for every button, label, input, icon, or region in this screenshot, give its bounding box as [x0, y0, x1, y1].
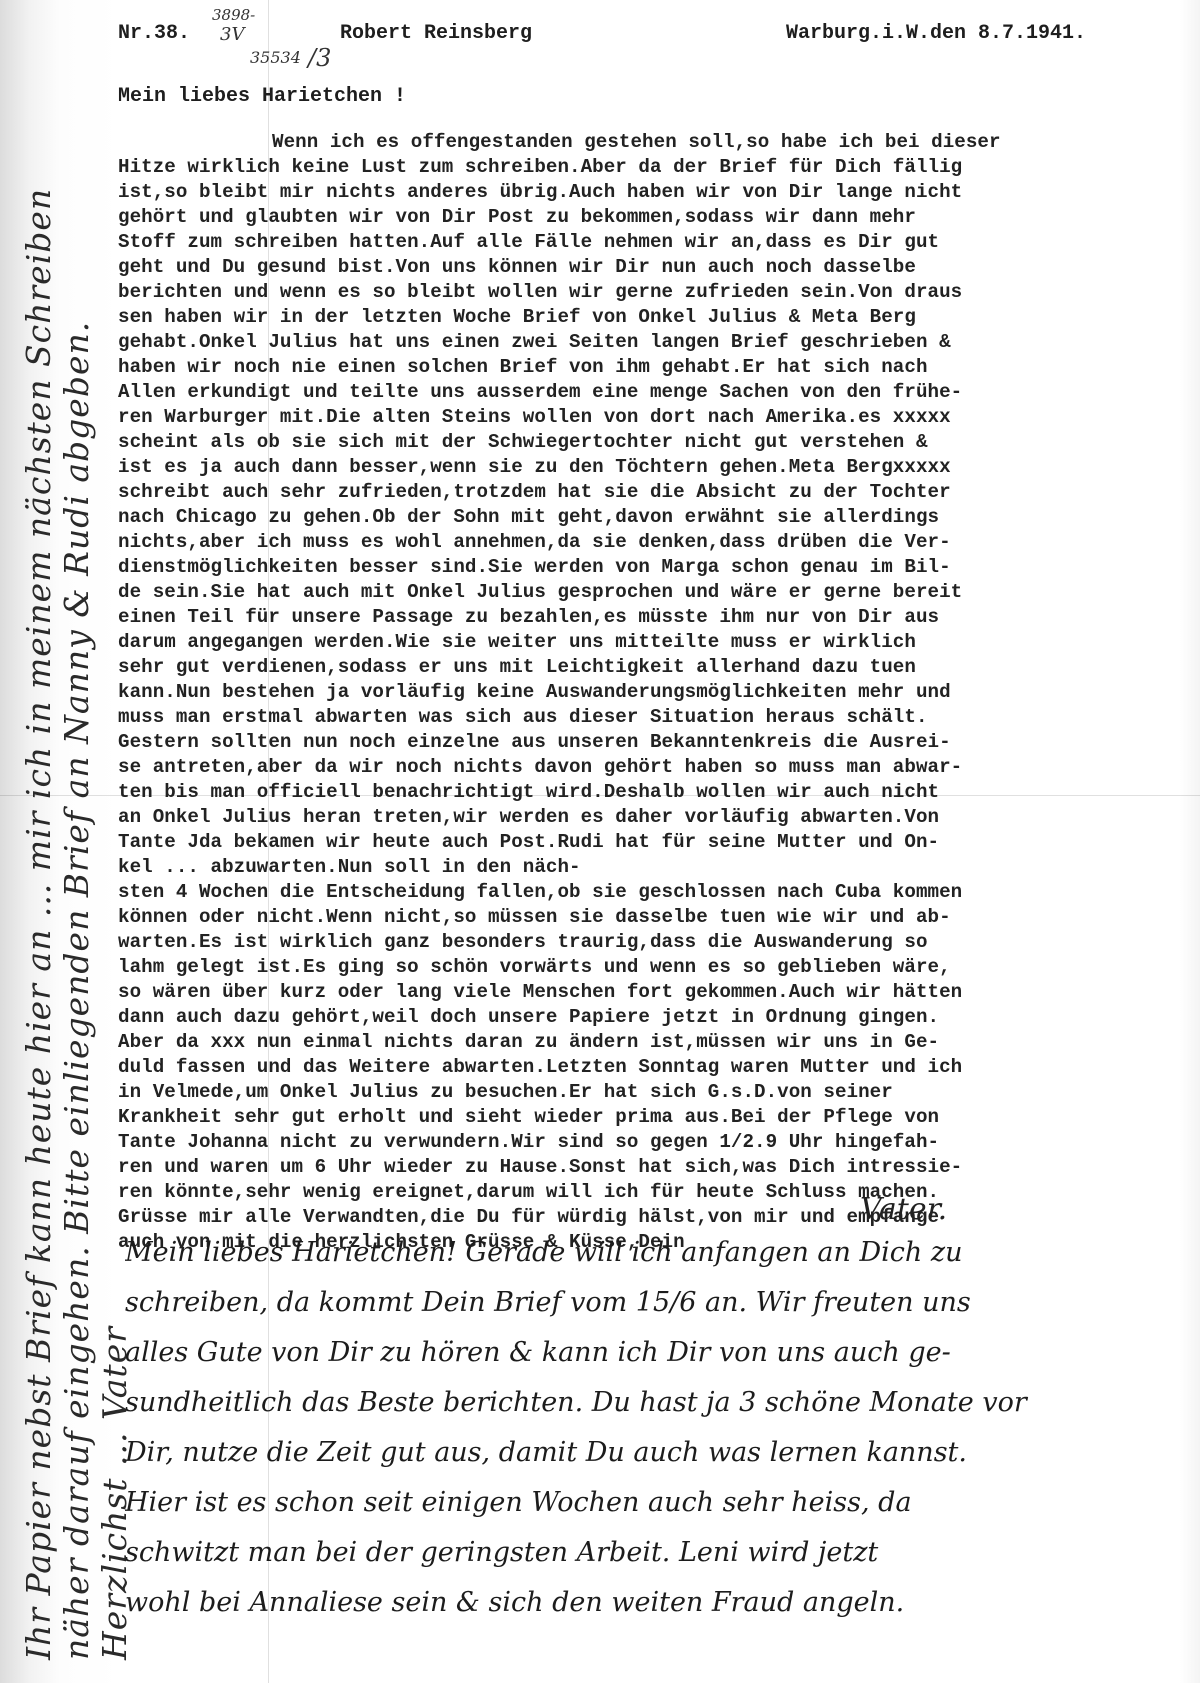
typed-line: Gestern sollten nun noch einzelne aus un… [118, 730, 1198, 755]
typed-line: berichten und wenn es so bleibt wollen w… [118, 280, 1198, 305]
margin-note-line: näher darauf eingehen. Bitte einliegende… [58, 60, 96, 1660]
typed-line: schreibt auch sehr zufrieden,trotzdem ha… [118, 480, 1198, 505]
salutation: Mein liebes Harietchen ! [118, 85, 406, 108]
typed-line: Tante Jda bekamen wir heute auch Post.Ru… [118, 830, 1198, 855]
typed-line: Tante Johanna nicht zu verwundern.Wir si… [118, 1130, 1198, 1155]
handwritten-line: Hier ist es schon seit einigen Wochen au… [125, 1478, 1195, 1528]
typed-line: Krankheit sehr gut erholt und sieht wied… [118, 1105, 1198, 1130]
typed-line: sehr gut verdienen,sodass er uns mit Lei… [118, 655, 1198, 680]
typed-line: Grüsse mir alle Verwandten,die Du für wü… [118, 1205, 1198, 1230]
typed-line: Allen erkundigt und teilte uns ausserdem… [118, 380, 1198, 405]
handwritten-margin-note: Ihr Papier nebst Brief kann heute hier a… [20, 60, 134, 1660]
typed-line: ist,so bleibt mir nichts anderes übrig.A… [118, 180, 1198, 205]
typed-line: se antreten,aber da wir noch nichts davo… [118, 755, 1198, 780]
archive-mark: 35534 [250, 48, 301, 67]
letter-page: Ihr Papier nebst Brief kann heute hier a… [0, 0, 1200, 1683]
typed-line: lahm gelegt ist.Es ging so schön vorwärt… [118, 955, 1198, 980]
handwritten-line: Mein liebes Harietchen! Gerade will ich … [125, 1228, 1195, 1278]
typed-line: warten.Es ist wirklich ganz besonders tr… [118, 930, 1198, 955]
typed-line: duld fassen und das Weitere abwarten.Let… [118, 1055, 1198, 1080]
handwritten-line: alles Gute von Dir zu hören & kann ich D… [125, 1328, 1195, 1378]
typed-line: ren und waren um 6 Uhr wieder zu Hause.S… [118, 1155, 1198, 1180]
typed-line: ren könnte,sehr wenig ereignet,darum wil… [118, 1180, 1198, 1205]
typed-line: ten bis man officiell benachrichtigt wir… [118, 780, 1198, 805]
typed-line: können oder nicht.Wenn nicht,so müssen s… [118, 905, 1198, 930]
typed-line: so wären über kurz oder lang viele Mensc… [118, 980, 1198, 1005]
typed-line: einen Teil für unsere Passage zu bezahle… [118, 605, 1198, 630]
typed-line: haben wir noch nie einen solchen Brief v… [118, 355, 1198, 380]
typed-line: kel ... abzuwarten.Nun soll in den näch- [118, 855, 1198, 880]
typed-line: in Velmede,um Onkel Julius zu besuchen.E… [118, 1080, 1198, 1105]
margin-note-line: Ihr Papier nebst Brief kann heute hier a… [20, 60, 58, 1660]
typed-line: Stoff zum schreiben hatten.Auf alle Fäll… [118, 230, 1198, 255]
typed-line: sen haben wir in der letzten Woche Brief… [118, 305, 1198, 330]
place-and-date: Warburg.i.W.den 8.7.1941. [786, 22, 1086, 45]
typed-line: darum angegangen werden.Wie sie weiter u… [118, 630, 1198, 655]
typed-line: muss man erstmal abwarten was sich aus d… [118, 705, 1198, 730]
typed-line: gehabt.Onkel Julius hat uns einen zwei S… [118, 330, 1198, 355]
typed-line: Aber da xxx nun einmal nichts daran zu ä… [118, 1030, 1198, 1055]
archive-mark: /3 [308, 44, 331, 72]
handwritten-postscript: Mein liebes Harietchen! Gerade will ich … [125, 1228, 1195, 1628]
archive-mark: 3V [220, 24, 244, 45]
typed-line: an Onkel Julius heran treten,wir werden … [118, 805, 1198, 830]
handwritten-line: schwitzt man bei der geringsten Arbeit. … [125, 1528, 1195, 1578]
typed-letter-body: Wenn ich es offengestanden gestehen soll… [118, 130, 1198, 1255]
handwritten-line: schreiben, da kommt Dein Brief vom 15/6 … [125, 1278, 1195, 1328]
signature: Vater. [860, 1192, 947, 1227]
handwritten-line: wohl bei Annaliese sein & sich den weite… [125, 1578, 1195, 1628]
handwritten-line: Dir, nutze die Zeit gut aus, damit Du au… [125, 1428, 1195, 1478]
typed-line: de sein.Sie hat auch mit Onkel Julius ge… [118, 580, 1198, 605]
typed-line: sten 4 Wochen die Entscheidung fallen,ob… [118, 880, 1198, 905]
typed-line: gehört und glaubten wir von Dir Post zu … [118, 205, 1198, 230]
typed-line: Hitze wirklich keine Lust zum schreiben.… [118, 155, 1198, 180]
typed-line: kann.Nun bestehen ja vorläufig keine Aus… [118, 680, 1198, 705]
typed-line: ist es ja auch dann besser,wenn sie zu d… [118, 455, 1198, 480]
typed-line: geht und Du gesund bist.Von uns können w… [118, 255, 1198, 280]
typed-line: dienstmöglichkeiten besser sind.Sie werd… [118, 555, 1198, 580]
typed-line: Wenn ich es offengestanden gestehen soll… [118, 130, 1198, 155]
typed-line: nichts,aber ich muss es wohl annehmen,da… [118, 530, 1198, 555]
typed-line: nach Chicago zu gehen.Ob der Sohn mit ge… [118, 505, 1198, 530]
typed-line: scheint als ob sie sich mit der Schwiege… [118, 430, 1198, 455]
letter-number: Nr.38. [118, 22, 190, 45]
typed-line: dann auch dazu gehört,weil doch unsere P… [118, 1005, 1198, 1030]
handwritten-line: sundheitlich das Beste berichten. Du has… [125, 1378, 1195, 1428]
typed-line: ren Warburger mit.Die alten Steins wolle… [118, 405, 1198, 430]
sender-name: Robert Reinsberg [340, 22, 532, 45]
archive-mark: 3898- [212, 6, 255, 24]
